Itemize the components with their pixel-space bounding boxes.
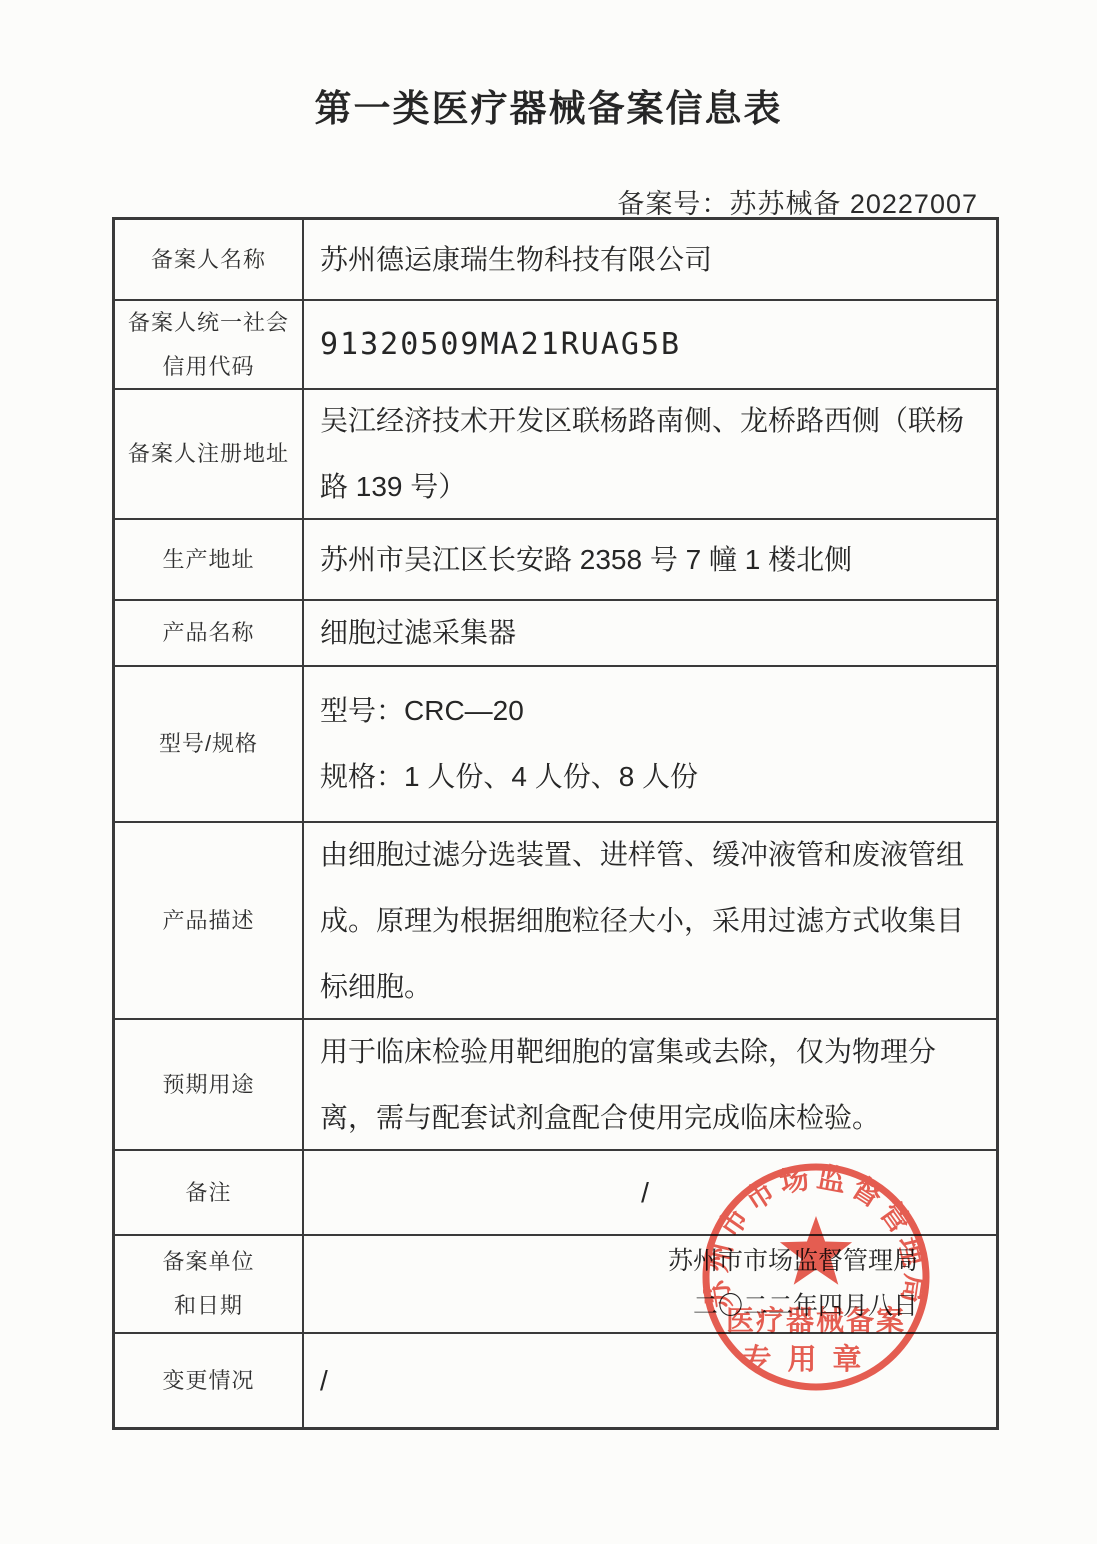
label-text-line2: 和日期 xyxy=(174,1284,243,1328)
filing-number-line: 备案号：苏苏械备 20227007 xyxy=(112,182,996,221)
label-text: 产品名称 xyxy=(162,611,254,655)
row-value-registered-address: 吴江经济技术开发区联杨路南侧、龙桥路西侧（联杨路 139 号） xyxy=(304,390,996,518)
value-text: 苏州德运康瑞生物科技有限公司 xyxy=(320,227,970,293)
row-label-production-address: 生产地址 xyxy=(115,520,304,599)
row-value-filer-name: 苏州德运康瑞生物科技有限公司 xyxy=(304,220,996,299)
table-row-model-spec: 型号/规格 型号：CRC—20 规格：1 人份、4 人份、8 人份 xyxy=(115,667,996,823)
table-row-product-description: 产品描述 由细胞过滤分选装置、进样管、缓冲液管和废液管组成。原理为根据细胞粒径大… xyxy=(115,823,996,1020)
row-label-credit-code: 备案人统一社会 信用代码 xyxy=(115,301,304,388)
label-text: 型号/规格 xyxy=(159,722,258,766)
table-row-registered-address: 备案人注册地址 吴江经济技术开发区联杨路南侧、龙桥路西侧（联杨路 139 号） xyxy=(115,390,996,520)
table-row-production-address: 生产地址 苏州市吴江区长安路 2358 号 7 幢 1 楼北侧 xyxy=(115,520,996,601)
label-text: 生产地址 xyxy=(162,538,254,582)
row-value-credit-code: 91320509MA21RUAG5B xyxy=(304,301,996,388)
filing-info-table: 备案人名称 苏州德运康瑞生物科技有限公司 备案人统一社会 信用代码 913205… xyxy=(112,217,999,1430)
label-text: 产品描述 xyxy=(162,899,254,943)
row-value-product-description: 由细胞过滤分选装置、进样管、缓冲液管和废液管组成。原理为根据细胞粒径大小，采用过… xyxy=(304,823,996,1018)
filing-number-value: 苏苏械备 20227007 xyxy=(729,189,978,219)
value-text-spec: 规格：1 人份、4 人份、8 人份 xyxy=(320,744,970,810)
row-value-changes: / xyxy=(304,1334,996,1427)
row-value-intended-use: 用于临床检验用靶细胞的富集或去除，仅为物理分离，需与配套试剂盒配合使用完成临床检… xyxy=(304,1020,996,1149)
value-text: 91320509MA21RUAG5B xyxy=(320,312,970,378)
value-text: / xyxy=(320,1348,970,1414)
filing-number-label: 备案号： xyxy=(617,189,729,219)
table-row-filing-authority-date: 备案单位 和日期 苏州市市场监督管理局 二〇二二年四月八日 xyxy=(115,1236,996,1334)
value-text-model: 型号：CRC—20 xyxy=(320,678,970,744)
row-value-product-name: 细胞过滤采集器 xyxy=(304,601,996,665)
value-text: 苏州市吴江区长安路 2358 号 7 幢 1 楼北侧 xyxy=(320,527,970,593)
value-text: 由细胞过滤分选装置、进样管、缓冲液管和废液管组成。原理为根据细胞粒径大小，采用过… xyxy=(320,822,970,1020)
table-row-remarks: 备注 / xyxy=(115,1151,996,1236)
label-text: 备注 xyxy=(185,1171,231,1215)
row-label-product-name: 产品名称 xyxy=(115,601,304,665)
row-label-model-spec: 型号/规格 xyxy=(115,667,304,821)
label-text: 备案人注册地址 xyxy=(128,432,289,476)
value-text-authority: 苏州市市场监督管理局 xyxy=(668,1239,918,1284)
row-label-product-description: 产品描述 xyxy=(115,823,304,1018)
label-text-line2: 信用代码 xyxy=(162,345,254,389)
row-value-production-address: 苏州市吴江区长安路 2358 号 7 幢 1 楼北侧 xyxy=(304,520,996,599)
label-text: 备案人名称 xyxy=(151,238,266,282)
table-row-changes: 变更情况 / xyxy=(115,1334,996,1427)
row-label-intended-use: 预期用途 xyxy=(115,1020,304,1149)
row-value-remarks: / xyxy=(304,1151,996,1234)
page-title: 第一类医疗器械备案信息表 xyxy=(0,78,1097,132)
document-page: 第一类医疗器械备案信息表 备案号：苏苏械备 20227007 备案人名称 苏州德… xyxy=(0,0,1097,1544)
table-row-intended-use: 预期用途 用于临床检验用靶细胞的富集或去除，仅为物理分离，需与配套试剂盒配合使用… xyxy=(115,1020,996,1151)
label-text: 变更情况 xyxy=(162,1359,254,1403)
value-text: 用于临床检验用靶细胞的富集或去除，仅为物理分离，需与配套试剂盒配合使用完成临床检… xyxy=(320,1019,970,1151)
row-label-changes: 变更情况 xyxy=(115,1334,304,1427)
row-label-filer-name: 备案人名称 xyxy=(115,220,304,299)
row-label-remarks: 备注 xyxy=(115,1151,304,1234)
value-text-date: 二〇二二年四月八日 xyxy=(693,1284,918,1329)
row-value-filing-authority-date: 苏州市市场监督管理局 二〇二二年四月八日 xyxy=(304,1236,996,1332)
label-text-line1: 备案单位 xyxy=(162,1240,254,1284)
value-text: 吴江经济技术开发区联杨路南侧、龙桥路西侧（联杨路 139 号） xyxy=(320,388,970,520)
table-row-credit-code: 备案人统一社会 信用代码 91320509MA21RUAG5B xyxy=(115,301,996,390)
value-text: 细胞过滤采集器 xyxy=(320,600,970,666)
table-row-product-name: 产品名称 细胞过滤采集器 xyxy=(115,601,996,667)
label-text-line1: 备案人统一社会 xyxy=(128,301,289,345)
label-text: 预期用途 xyxy=(162,1063,254,1107)
table-row-filer-name: 备案人名称 苏州德运康瑞生物科技有限公司 xyxy=(115,220,996,301)
row-label-filing-authority-date: 备案单位 和日期 xyxy=(115,1236,304,1332)
value-text: / xyxy=(641,1160,649,1226)
row-value-model-spec: 型号：CRC—20 规格：1 人份、4 人份、8 人份 xyxy=(304,667,996,821)
row-label-registered-address: 备案人注册地址 xyxy=(115,390,304,518)
